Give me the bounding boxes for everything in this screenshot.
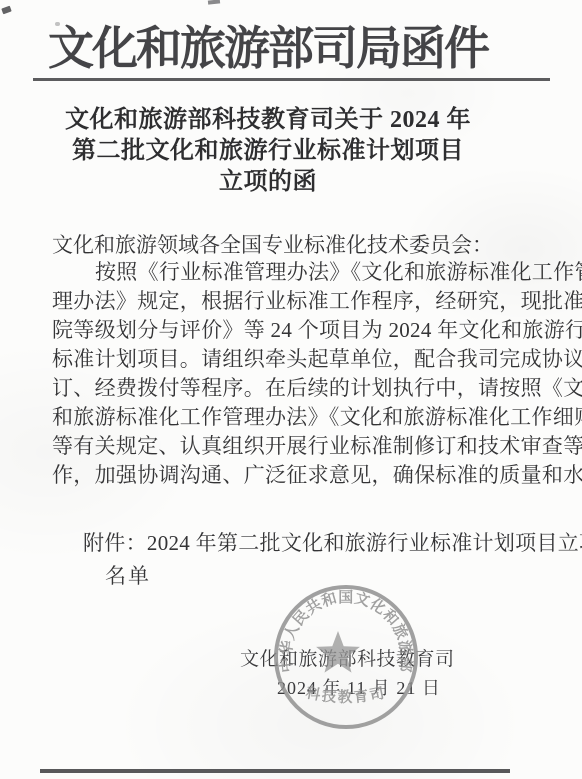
letterhead-divider [33,78,550,81]
document-title-line: 文化和旅游部科技教育司关于 2024 年 [0,105,536,136]
document-page: 文化和旅游部司局函件 文化和旅游部科技教育司关于 2024 年 第二批文化和旅游… [0,0,582,779]
body-paragraph: 按照《行业标准管理办法》《文化和旅游标准化工作管 理办法》规定，根据行业标准工作… [52,259,552,491]
scan-speck [208,0,220,5]
body-line: 和旅游标准化工作管理办法》《文化和旅游标准化工作细则》 [52,404,552,433]
body-line: 订、经费拨付等程序。在后续的计划执行中，请按照《文化 [52,375,552,404]
document-title-line: 立项的函 [0,167,536,198]
letterhead-title: 文化和旅游部司局函件 [0,12,536,78]
attachment-note: 附件：2024 年第二批文化和旅游行业标准计划项目立项 [83,527,582,557]
footer-divider [40,769,510,773]
body-line: 作，加强协调沟通、广泛征求意见，确保标准的质量和水平。 [52,462,552,491]
body-line: 院等级划分与评价》等 24 个项目为 2024 年文化和旅游行业 [52,317,552,346]
document-title-line: 第二批文化和旅游行业标准计划项目 [0,136,536,167]
seal-star-icon [316,631,360,673]
attachment-note-continued: 名单 [105,560,151,590]
body-line: 按照《行业标准管理办法》《文化和旅游标准化工作管 [52,259,552,288]
seal-bottom-text: 科技教育司 [304,683,387,706]
official-seal: 中华人民共和国文化和旅游部 科技教育司 [266,577,426,737]
body-line: 理办法》规定，根据行业标准工作程序，经研究，现批准《剧 [52,288,552,317]
salutation: 文化和旅游领域各全国专业标准化技术委员会： [52,229,493,259]
body-line: 等有关规定、认真组织开展行业标准制修订和技术审查等工 [52,433,552,462]
document-title: 文化和旅游部科技教育司关于 2024 年 第二批文化和旅游行业标准计划项目 立项… [0,105,536,198]
body-line: 标准计划项目。请组织牵头起草单位，配合我司完成协议签 [52,346,552,375]
svg-text:科技教育司: 科技教育司 [304,683,387,706]
